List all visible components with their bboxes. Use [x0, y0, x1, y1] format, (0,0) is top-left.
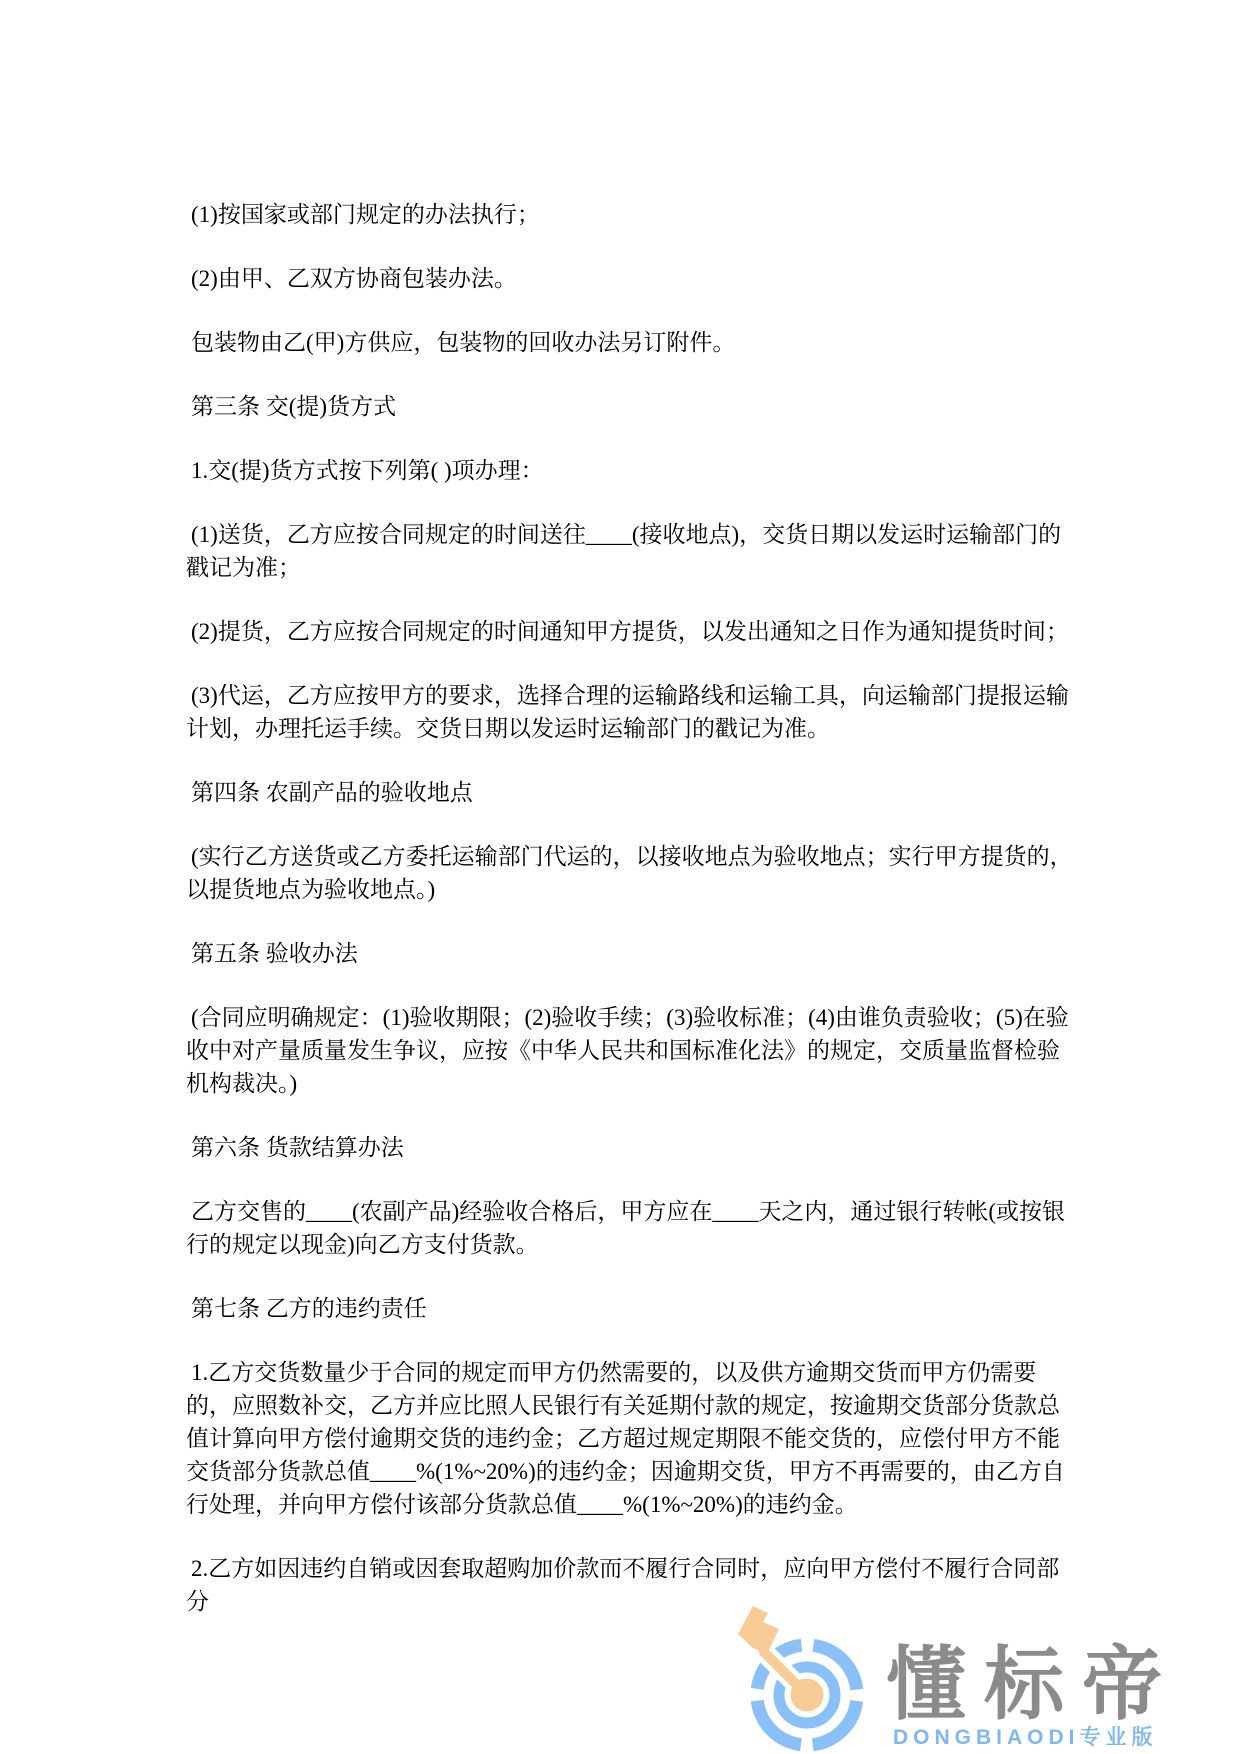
clause-heading: 第五条 验收办法 [186, 937, 1076, 970]
clause-paragraph: (3)代运，乙方应按甲方的要求，选择合理的运输路线和运输工具，向运输部门提报运输… [186, 679, 1076, 745]
clause-paragraph: 2.乙方如因违约自销或因套取超购加价款而不履行合同时，应向甲方偿付不履行合同部分 [186, 1552, 1076, 1618]
contract-body: (1)按国家或部门规定的办法执行； (2)由甲、乙双方协商包装办法。 包装物由乙… [186, 198, 1076, 1649]
clause-heading: 第七条 乙方的违约责任 [186, 1292, 1076, 1325]
watermark-brand-name: 懂标帝 [886, 1643, 1180, 1727]
clause-paragraph: (1)按国家或部门规定的办法执行； [186, 198, 1076, 231]
clause-paragraph: (实行乙方送货或乙方委托运输部门代运的，以接收地点为验收地点；实行甲方提货的，以… [186, 840, 1076, 906]
clause-paragraph: 包装物由乙(甲)方供应，包装物的回收办法另订附件。 [186, 326, 1076, 359]
watermark-brand-subtitle: DONGBIAODI专业版 [893, 1726, 1158, 1749]
target-dart-icon [730, 1597, 880, 1754]
clause-paragraph: 乙方交售的____(农副产品)经验收合格后，甲方应在____天之内，通过银行转帐… [186, 1195, 1076, 1261]
watermark-brand-latin: DONGBIAODI [893, 1726, 1080, 1749]
clause-paragraph: (2)由甲、乙双方协商包装办法。 [186, 262, 1076, 295]
document-page: (1)按国家或部门规定的办法执行； (2)由甲、乙双方协商包装办法。 包装物由乙… [0, 0, 1241, 1754]
clause-paragraph: (2)提货，乙方应按合同规定的时间通知甲方提货，以发出通知之日作为通知提货时间； [186, 615, 1076, 648]
clause-heading: 第六条 货款结算办法 [186, 1131, 1076, 1164]
clause-heading: 第四条 农副产品的验收地点 [186, 776, 1076, 809]
clause-paragraph: 1.交(提)货方式按下列第( )项办理： [186, 454, 1076, 487]
clause-paragraph: (1)送货，乙方应按合同规定的时间送往____(接收地点)，交货日期以发运时运输… [186, 518, 1076, 584]
watermark-edition-label: 专业版 [1080, 1726, 1158, 1749]
clause-paragraph: 1.乙方交货数量少于合同的规定而甲方仍然需要的，以及供方逾期交货而甲方仍需要的，… [186, 1356, 1076, 1521]
clause-paragraph: (合同应明确规定：(1)验收期限；(2)验收手续；(3)验收标准；(4)由谁负责… [186, 1001, 1076, 1100]
clause-heading: 第三条 交(提)货方式 [186, 390, 1076, 423]
